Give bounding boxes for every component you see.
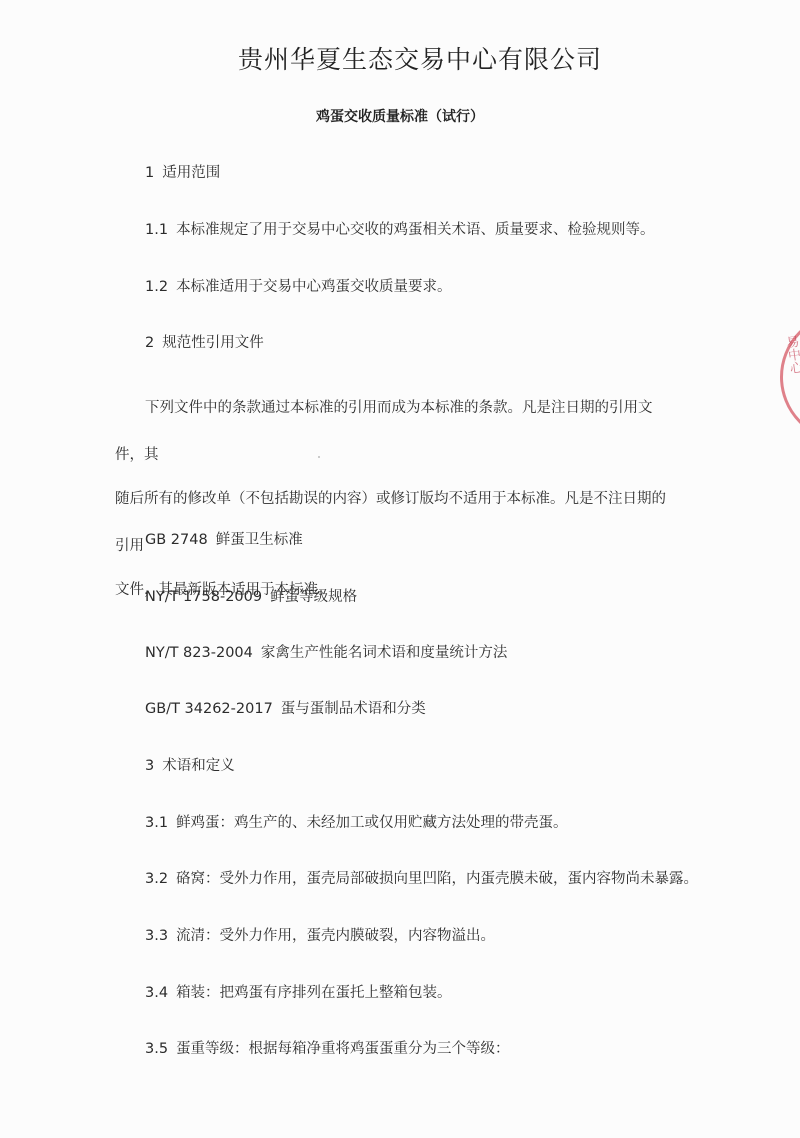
- definition-3-5: 3.5蛋重等级：根据每箱净重将鸡蛋蛋重分为三个等级：: [145, 1037, 510, 1058]
- normative-references-paragraph: 下列文件中的条款通过本标准的引用而成为本标准的条款。凡是注日期的引用文件，其 随…: [115, 385, 680, 614]
- clause-number: 3.2: [145, 871, 168, 887]
- clause-text: 箱装：把鸡蛋有序排列在蛋托上整箱包装。: [176, 985, 452, 1001]
- clause-number: 3.3: [145, 928, 168, 944]
- definition-3-1: 3.1鲜鸡蛋：鸡生产的、未经加工或仅用贮藏方法处理的带壳蛋。: [145, 811, 568, 832]
- section-number: 1: [145, 165, 154, 181]
- clause-text: 硌窝：受外力作用，蛋壳局部破损向里凹陷，内蛋壳膜未破，蛋内容物尚未暴露。: [176, 871, 698, 887]
- clause-1-2: 1.2本标准适用于交易中心鸡蛋交收质量要求。: [145, 275, 452, 296]
- clause-text: 流清：受外力作用，蛋壳内膜破裂，内容物溢出。: [176, 928, 495, 944]
- reference-item: NY/T 1758-2009鲜蛋等级规格: [145, 585, 357, 606]
- paragraph-line: 下列文件中的条款通过本标准的引用而成为本标准的条款。凡是注日期的引用文件，其: [115, 385, 680, 479]
- paragraph-line: 随后所有的修改单（不包括勘误的内容）或修订版均不适用于本标准。凡是不注日期的引用: [115, 476, 680, 570]
- section-text: 适用范围: [162, 165, 220, 181]
- reference-item: GB 2748鲜蛋卫生标准: [145, 528, 303, 549]
- reference-code: NY/T 823-2004: [145, 645, 253, 661]
- section-text: 规范性引用文件: [162, 335, 264, 351]
- section-heading-1: 1适用范围: [145, 161, 220, 182]
- clause-number: 1.1: [145, 222, 168, 238]
- clause-text: 蛋重等级：根据每箱净重将鸡蛋蛋重分为三个等级：: [176, 1041, 510, 1057]
- section-heading-2: 2规范性引用文件: [145, 331, 264, 352]
- reference-title: 家禽生产性能名词术语和度量统计方法: [261, 645, 508, 661]
- section-number: 3: [145, 758, 154, 774]
- clause-number: 3.1: [145, 815, 168, 831]
- reference-title: 蛋与蛋制品术语和分类: [281, 701, 426, 717]
- definition-3-2: 3.2硌窝：受外力作用，蛋壳局部破损向里凹陷，内蛋壳膜未破，蛋内容物尚未暴露。: [145, 867, 698, 888]
- company-letterhead: 贵州华夏生态交易中心有限公司: [0, 40, 800, 76]
- document-page: 贵州华夏生态交易中心有限公司 鸡蛋交收质量标准（试行） 1适用范围 1.1本标准…: [0, 0, 800, 1138]
- reference-item: NY/T 823-2004家禽生产性能名词术语和度量统计方法: [145, 641, 507, 662]
- seal-text: 易中心: [785, 334, 800, 375]
- clause-number: 3.4: [145, 985, 168, 1001]
- reference-title: 鲜蛋卫生标准: [216, 532, 303, 548]
- section-number: 2: [145, 335, 154, 351]
- reference-code: GB/T 34262-2017: [145, 701, 273, 717]
- clause-text: 本标准适用于交易中心鸡蛋交收质量要求。: [176, 279, 452, 295]
- clause-number: 3.5: [145, 1041, 168, 1057]
- reference-code: NY/T 1758-2009: [145, 589, 262, 605]
- red-seal-stamp: [780, 312, 800, 442]
- clause-text: 鲜鸡蛋：鸡生产的、未经加工或仅用贮藏方法处理的带壳蛋。: [176, 815, 568, 831]
- section-heading-3: 3术语和定义: [145, 754, 235, 775]
- clause-text: 本标准规定了用于交易中心交收的鸡蛋相关术语、质量要求、检验规则等。: [176, 222, 655, 238]
- scan-speck: [318, 456, 320, 458]
- clause-number: 1.2: [145, 279, 168, 295]
- section-text: 术语和定义: [162, 758, 235, 774]
- clause-1-1: 1.1本标准规定了用于交易中心交收的鸡蛋相关术语、质量要求、检验规则等。: [145, 218, 655, 239]
- reference-title: 鲜蛋等级规格: [270, 589, 357, 605]
- definition-3-4: 3.4箱装：把鸡蛋有序排列在蛋托上整箱包装。: [145, 981, 452, 1002]
- reference-code: GB 2748: [145, 532, 208, 548]
- document-title: 鸡蛋交收质量标准（试行）: [0, 106, 800, 126]
- reference-item: GB/T 34262-2017蛋与蛋制品术语和分类: [145, 697, 426, 718]
- definition-3-3: 3.3流清：受外力作用，蛋壳内膜破裂，内容物溢出。: [145, 924, 495, 945]
